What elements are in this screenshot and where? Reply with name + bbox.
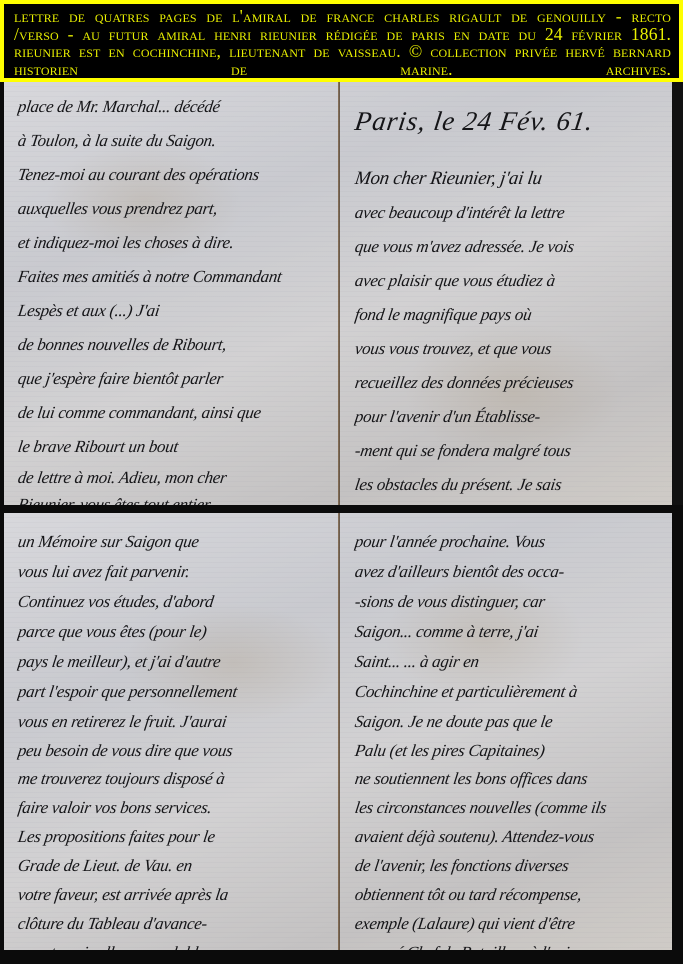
handwritten-line: que vous m'avez adressée. Je vois bbox=[353, 230, 665, 264]
handwritten-line: place de Mr. Marchal... décédé bbox=[16, 90, 331, 124]
photo-edge-shadow bbox=[672, 82, 683, 505]
handwritten-line: -sions de vous distinguer, car bbox=[353, 587, 664, 617]
handwritten-line: à Toulon, à la suite du Saigon. bbox=[16, 124, 331, 158]
handwritten-line: ne soutiennent les bons offices dans bbox=[353, 764, 664, 793]
salutation: Mon cher Rieunier, j'ai lu bbox=[353, 162, 665, 196]
handwritten-line: pour l'avenir d'un Établisse- bbox=[353, 400, 665, 434]
handwritten-line: Rieunier, vous êtes tout entier bbox=[16, 491, 330, 505]
handwritten-line: de lettre à moi. Adieu, mon cher bbox=[16, 464, 330, 491]
handwritten-line: et indiquez-moi les choses à dire. bbox=[16, 226, 331, 260]
handwritten-line: vous lui avez fait parvenir. bbox=[16, 557, 330, 587]
page-fold bbox=[338, 82, 340, 505]
letter-recto-photo: place de Mr. Marchal... décédé à Toulon,… bbox=[4, 82, 672, 505]
handwritten-line: Saigon... comme à terre, j'ai bbox=[353, 617, 664, 647]
handwritten-line: parce que vous êtes (pour le) bbox=[16, 617, 330, 647]
handwritten-line: -ment qui se fondera malgré tous bbox=[353, 434, 665, 468]
handwritten-line: le brave Ribourt un bout bbox=[16, 430, 331, 464]
handwritten-line: faire valoir vos bons services. bbox=[16, 793, 330, 822]
handwritten-line: Palu (et les pires Capitaines) bbox=[353, 737, 664, 764]
handwritten-line: les circonstances nouvelles (comme ils bbox=[353, 793, 664, 822]
handwritten-line: pour l'année prochaine. Vous bbox=[353, 527, 664, 557]
handwritten-line: part l'espoir que personnellement bbox=[16, 677, 330, 707]
handwritten-line: fond le magnifique pays où bbox=[353, 298, 665, 332]
banner-caption: Lettre de quatres pages de l'Amiral de F… bbox=[14, 8, 671, 78]
handwritten-line: Grade de Lieut. de Vau. en bbox=[16, 851, 330, 880]
spacer bbox=[355, 146, 662, 162]
handwritten-line: un Mémoire sur Saigon que bbox=[16, 527, 330, 557]
handwritten-line: Saigon. Je ne doute pas que le bbox=[353, 707, 664, 737]
handwritten-line: les obstacles du présent. Je sais bbox=[353, 468, 665, 502]
recto-right-page: Paris, le 24 Fév. 61. Mon cher Rieunier,… bbox=[341, 82, 672, 505]
verso-left-page: un Mémoire sur Saigon que vous lui avez … bbox=[4, 513, 338, 950]
handwritten-line: Continuez vos études, d'abord bbox=[16, 587, 330, 617]
handwritten-line: que le Ministre a fait goûter bbox=[353, 502, 665, 505]
handwritten-line: de l'avenir, les fonctions diverses bbox=[353, 851, 664, 880]
handwritten-line: de lui comme commandant, ainsi que bbox=[16, 396, 331, 430]
handwritten-line: pays le meilleur), et j'ai d'autre bbox=[16, 647, 330, 677]
handwritten-line: avec beaucoup d'intérêt la lettre bbox=[353, 196, 665, 230]
handwritten-line: Saint... ... à agir en bbox=[353, 647, 664, 677]
handwritten-line: recueillez des données précieuses bbox=[353, 366, 665, 400]
letter-date: Paris, le 24 Fév. 61. bbox=[351, 96, 665, 146]
handwritten-line: avaient déjà soutenu). Attendez-vous bbox=[353, 822, 664, 851]
page-fold bbox=[338, 513, 340, 950]
handwritten-line: avez d'ailleurs bientôt des occa- bbox=[353, 557, 664, 587]
handwritten-line: que j'espère faire bientôt parler bbox=[16, 362, 331, 396]
handwritten-line: auxquelles vous prendrez part, bbox=[16, 192, 331, 226]
handwritten-line: de bonnes nouvelles de Ribourt, bbox=[16, 328, 331, 362]
handwritten-line: exemple (Lalaure) qui vient d'être bbox=[353, 909, 664, 938]
handwritten-line: Tenez-moi au courant des opérations bbox=[16, 158, 331, 192]
handwritten-line: avec plaisir que vous étudiez à bbox=[353, 264, 665, 298]
handwritten-line: Cochinchine et particulièrement à bbox=[353, 677, 664, 707]
handwritten-line: obtiennent tôt ou tard récompense, bbox=[353, 880, 664, 909]
handwritten-line: -ment, mais elle sera valable bbox=[16, 938, 330, 950]
verso-right-page: pour l'année prochaine. Vous avez d'aill… bbox=[341, 513, 672, 950]
handwritten-line: peu besoin de vous dire que vous bbox=[16, 737, 330, 764]
handwritten-line: me trouverez toujours disposé à bbox=[16, 764, 330, 793]
handwritten-line: Les propositions faites pour le bbox=[16, 822, 330, 851]
handwritten-line: nommé Chef de Bataillon, à l'avis bbox=[353, 938, 664, 950]
handwritten-line: vous en retirerez le fruit. J'aurai bbox=[16, 707, 330, 737]
handwritten-line: votre faveur, est arrivée après la bbox=[16, 880, 330, 909]
handwritten-line: Faites mes amitiés à notre Commandant bbox=[16, 260, 331, 294]
handwritten-line: Lespès et aux (...) J'ai bbox=[16, 294, 331, 328]
recto-left-page: place de Mr. Marchal... décédé à Toulon,… bbox=[4, 82, 338, 505]
handwritten-line: vous vous trouvez, et que vous bbox=[353, 332, 665, 366]
handwritten-line: clôture du Tableau d'avance- bbox=[16, 909, 330, 938]
letter-verso-photo: un Mémoire sur Saigon que vous lui avez … bbox=[4, 513, 672, 950]
title-banner: Lettre de quatres pages de l'Amiral de F… bbox=[0, 0, 683, 82]
